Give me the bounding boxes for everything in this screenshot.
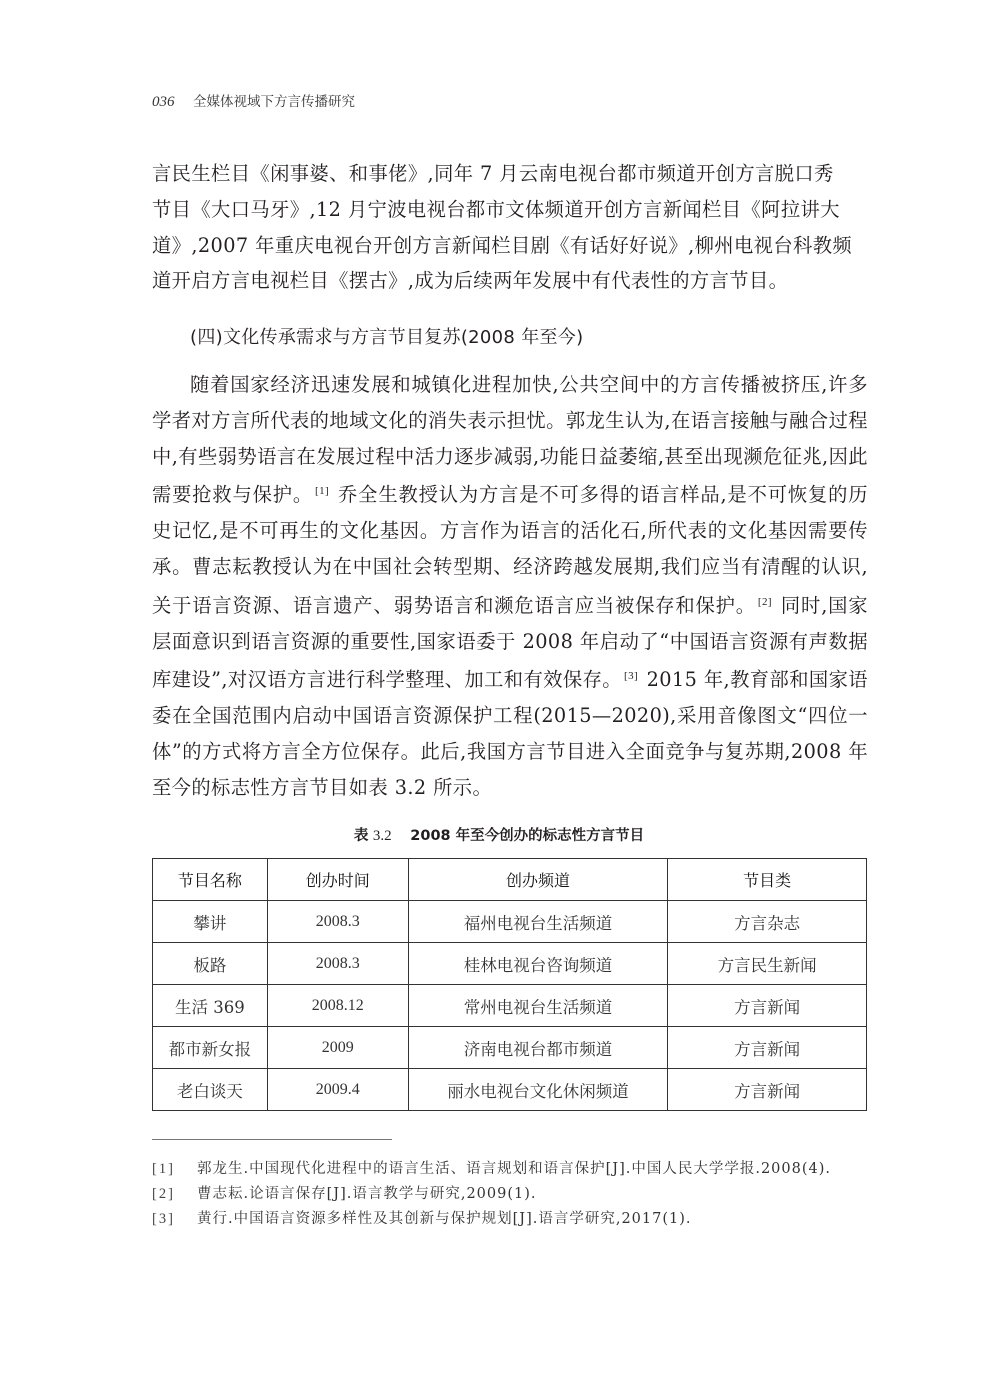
cell-type: 方言杂志 (668, 901, 867, 943)
table-row: 板路 2008.3 桂林电视台咨询频道 方言民生新闻 (153, 943, 867, 985)
text-line: 道开启方言电视栏目《摆古》,成为后续两年发展中有代表性的方言节目。 (152, 263, 868, 299)
cell-name: 板路 (153, 943, 268, 985)
cell-channel: 济南电视台都市频道 (408, 1027, 668, 1069)
table-caption-text: 2008 年至今创办的标志性方言节目 (410, 828, 644, 844)
footnote-3: [3] 黄行.中国语言资源多样性及其创新与保护规划[J].语言学研究,2017(… (152, 1207, 868, 1232)
text-line: 道》,2007 年重庆电视台开创方言新闻栏目剧《有话好好说》,柳州电视台科教频 (152, 228, 868, 264)
table-header-row: 节目名称 创办时间 创办频道 节目类 (153, 859, 867, 901)
book-title: 全媒体视域下方言传播研究 (193, 94, 355, 110)
cell-name: 都市新女报 (153, 1027, 268, 1069)
cell-channel: 丽水电视台文化休闲频道 (408, 1069, 668, 1111)
table-caption: 表 3.2 2008 年至今创办的标志性方言节目 (0, 824, 998, 845)
paragraph: 随着国家经济迅速发展和城镇化进程加快,公共空间中的方言传播被挤压,许多学者对方言… (152, 367, 868, 806)
footnote-1: [1] 郭龙生.中国现代化进程中的语言生活、语言规划和语言保护[J].中国人民大… (152, 1157, 868, 1182)
footnote-text: 郭龙生.中国现代化进程中的语言生活、语言规划和语言保护[J].中国人民大学学报.… (197, 1157, 868, 1182)
footnote-ref-2[interactable]: [2] (758, 596, 772, 608)
text-line: 节目《大口马牙》,12 月宁波电视台都市文体频道开创方言新闻栏目《阿拉讲大 (152, 192, 868, 228)
cell-channel: 常州电视台生活频道 (408, 985, 668, 1027)
text-line: 言民生栏目《闲事婆、和事佬》,同年 7 月云南电视台都市频道开创方言脱口秀 (152, 156, 868, 192)
footnote-text: 曹志耘.论语言保存[J].语言教学与研究,2009(1). (197, 1182, 868, 1207)
cell-name: 老白谈天 (153, 1069, 268, 1111)
cell-type: 方言民生新闻 (668, 943, 867, 985)
table-row: 生活 369 2008.12 常州电视台生活频道 方言新闻 (153, 985, 867, 1027)
cell-channel: 桂林电视台咨询频道 (408, 943, 668, 985)
cell-name: 攀讲 (153, 901, 268, 943)
cell-date: 2008.3 (267, 943, 408, 985)
table-caption-number: 3.2 (373, 828, 392, 844)
footnote-ref-3[interactable]: [3] (624, 670, 638, 682)
cell-type: 方言新闻 (668, 1069, 867, 1111)
cell-date: 2008.3 (267, 901, 408, 943)
section-heading: (四)文化传承需求与方言节目复苏(2008 年至今) (190, 323, 583, 349)
paragraph-continuation: 言民生栏目《闲事婆、和事佬》,同年 7 月云南电视台都市频道开创方言脱口秀 节目… (152, 156, 868, 299)
column-header-name: 节目名称 (153, 859, 268, 901)
footnote-text: 黄行.中国语言资源多样性及其创新与保护规划[J].语言学研究,2017(1). (197, 1207, 868, 1232)
footnote-mark: [2] (152, 1182, 197, 1207)
column-header-type: 节目类 (668, 859, 867, 901)
cell-date: 2009 (267, 1027, 408, 1069)
programs-table: 节目名称 创办时间 创办频道 节目类 攀讲 2008.3 福州电视台生活频道 方… (152, 858, 867, 1111)
table-row: 都市新女报 2009 济南电视台都市频道 方言新闻 (153, 1027, 867, 1069)
column-header-date: 创办时间 (267, 859, 408, 901)
footnote-divider (152, 1139, 392, 1140)
footnotes: [1] 郭龙生.中国现代化进程中的语言生活、语言规划和语言保护[J].中国人民大… (152, 1157, 868, 1232)
running-head: 036 全媒体视域下方言传播研究 (152, 90, 355, 111)
footnote-mark: [3] (152, 1207, 197, 1232)
cell-type: 方言新闻 (668, 1027, 867, 1069)
table-row: 攀讲 2008.3 福州电视台生活频道 方言杂志 (153, 901, 867, 943)
footnote-2: [2] 曹志耘.论语言保存[J].语言教学与研究,2009(1). (152, 1182, 868, 1207)
cell-type: 方言新闻 (668, 985, 867, 1027)
table-caption-label: 表 (354, 828, 369, 844)
page-number: 036 (152, 94, 175, 110)
table-row: 老白谈天 2009.4 丽水电视台文化休闲频道 方言新闻 (153, 1069, 867, 1111)
cell-channel: 福州电视台生活频道 (408, 901, 668, 943)
footnote-mark: [1] (152, 1157, 197, 1182)
paragraph-main: 随着国家经济迅速发展和城镇化进程加快,公共空间中的方言传播被挤压,许多学者对方言… (152, 367, 868, 806)
column-header-channel: 创办频道 (408, 859, 668, 901)
cell-date: 2008.12 (267, 985, 408, 1027)
cell-name: 生活 369 (153, 985, 268, 1027)
cell-date: 2009.4 (267, 1069, 408, 1111)
footnote-ref-1[interactable]: [1] (315, 485, 329, 497)
